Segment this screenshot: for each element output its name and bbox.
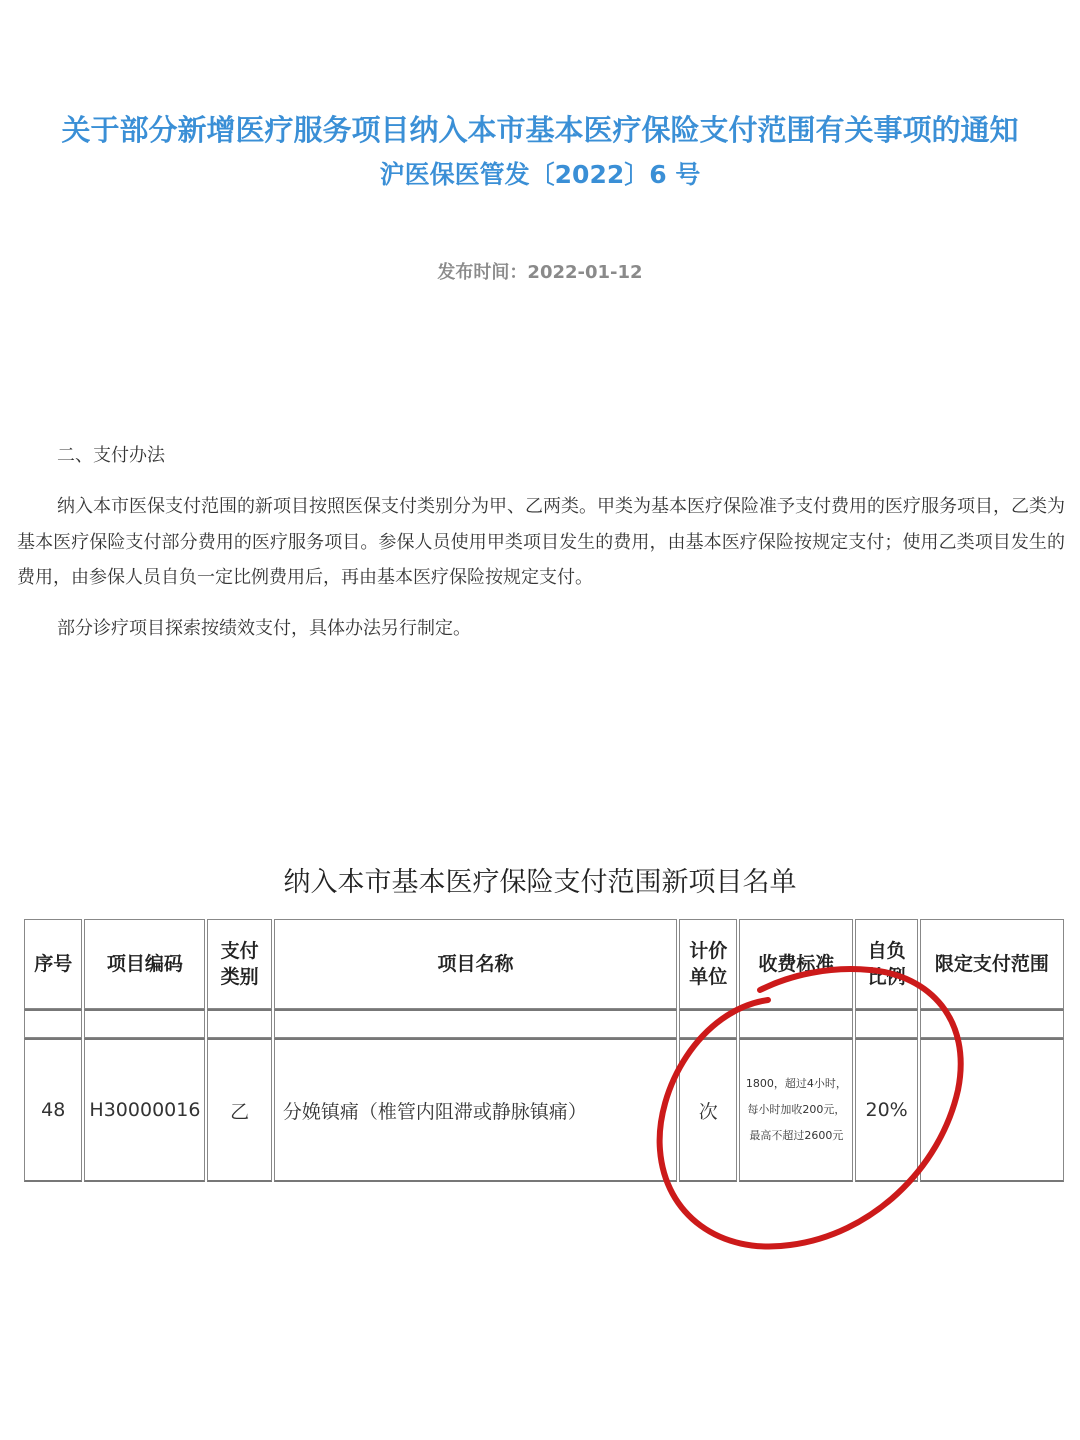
cell-unit: 次 bbox=[679, 1038, 737, 1182]
blank-cell bbox=[855, 1009, 917, 1038]
blank-cell bbox=[207, 1009, 272, 1038]
cell-code: H30000016 bbox=[84, 1038, 205, 1182]
blank-cell bbox=[24, 1009, 82, 1038]
document-number: 沪医保医管发〔2022〕6 号 bbox=[0, 155, 1080, 191]
header-self-pay: 自负比例 bbox=[855, 919, 917, 1009]
paragraph: 部分诊疗项目探索按绩效支付，具体办法另行制定。 bbox=[17, 611, 1065, 647]
header-index: 序号 bbox=[24, 919, 82, 1009]
blank-cell bbox=[679, 1009, 737, 1038]
blank-cell bbox=[920, 1009, 1064, 1038]
header-code: 项目编码 bbox=[84, 919, 205, 1009]
table-row: 48 H30000016 乙 分娩镇痛（椎管内阻滞或静脉镇痛） 次 1800，超… bbox=[24, 1038, 1064, 1182]
header-category: 支付类别 bbox=[207, 919, 272, 1009]
header-unit-label: 计价单位 bbox=[687, 938, 729, 990]
header-name: 项目名称 bbox=[274, 919, 677, 1009]
paragraph: 纳入本市医保支付范围的新项目按照医保支付类别分为甲、乙两类。甲类为基本医疗保险准… bbox=[17, 489, 1065, 596]
section-heading: 二、支付办法 bbox=[57, 441, 165, 467]
document-title: 关于部分新增医疗服务项目纳入本市基本医疗保险支付范围有关事项的通知 bbox=[0, 108, 1080, 149]
publish-date: 发布时间：2022-01-12 bbox=[0, 258, 1080, 284]
project-list-table: 序号 项目编码 支付类别 项目名称 计价单位 收费标准 自负比例 限定支付范围 … bbox=[22, 919, 1066, 1182]
blank-cell bbox=[274, 1009, 677, 1038]
blank-cell bbox=[739, 1009, 853, 1038]
header-scope: 限定支付范围 bbox=[920, 919, 1064, 1009]
cell-category: 乙 bbox=[207, 1038, 272, 1182]
header-unit: 计价单位 bbox=[679, 919, 737, 1009]
cell-fee: 1800，超过4小时，每小时加收200元，最高不超过2600元 bbox=[739, 1038, 853, 1182]
header-category-label: 支付类别 bbox=[219, 938, 261, 990]
blank-cell bbox=[84, 1009, 205, 1038]
header-self-pay-label: 自负比例 bbox=[866, 938, 908, 990]
cell-scope bbox=[920, 1038, 1064, 1182]
cell-name: 分娩镇痛（椎管内阻滞或静脉镇痛） bbox=[274, 1038, 677, 1182]
cell-self-pay: 20% bbox=[855, 1038, 917, 1182]
table-header-row: 序号 项目编码 支付类别 项目名称 计价单位 收费标准 自负比例 限定支付范围 bbox=[24, 919, 1064, 1009]
table-title: 纳入本市基本医疗保险支付范围新项目名单 bbox=[0, 860, 1080, 899]
header-fee: 收费标准 bbox=[739, 919, 853, 1009]
cell-index: 48 bbox=[24, 1038, 82, 1182]
red-circle-annotation-icon bbox=[0, 0, 1080, 1440]
blank-row bbox=[24, 1009, 1064, 1038]
